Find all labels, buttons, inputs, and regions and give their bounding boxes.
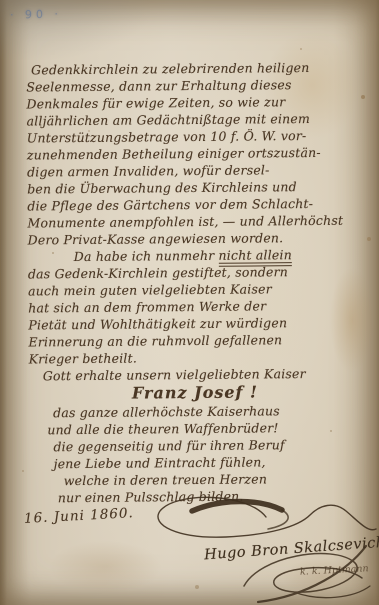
- manuscript-line: alljährlichen am Gedächtnißtage mit eine…: [27, 110, 359, 130]
- line-lead-text: Da habe ich nunmehr: [74, 248, 219, 264]
- manuscript-line: Monumente anempfohlen ist, — und Allerhö…: [27, 212, 359, 232]
- manuscript-line: zunehmenden Betheilung einiger ortszustä…: [27, 144, 359, 164]
- foxing-specks: [0, 0, 2, 2]
- inventory-stamp: · 90 ·: [10, 8, 62, 22]
- manuscript-text: Gedenkkirchlein zu zelebrirenden heilige…: [26, 59, 362, 507]
- signature-flourish-icon: [236, 544, 379, 604]
- date-line: 16. Juni 1860.: [24, 505, 135, 527]
- manuscript-page: · 90 · Gedenkkirchlein zu zelebrirenden …: [0, 0, 379, 605]
- manuscript-line: Gedenkkirchlein zu zelebrirenden heilige…: [26, 59, 358, 79]
